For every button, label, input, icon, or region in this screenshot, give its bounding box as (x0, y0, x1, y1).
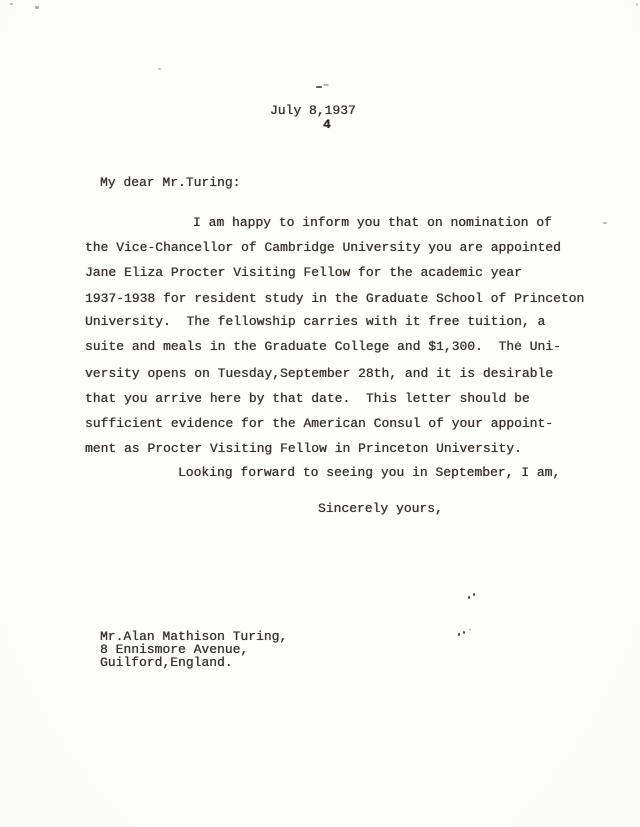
salutation: My dear Mr.Turing: (100, 176, 240, 189)
body-line: suite and meals in the Graduate College … (85, 340, 561, 353)
ink-speck (35, 6, 39, 9)
body-line: University. The fellowship carries with … (85, 315, 545, 328)
body-line: that you arrive here by that date. This … (85, 392, 530, 405)
signoff: Sincerely yours, (318, 502, 443, 515)
body-line: sufficient evidence for the American Con… (85, 417, 553, 430)
body-line: I am happy to inform you that on nominat… (193, 216, 552, 229)
ink-speck (10, 3, 13, 5)
ink-speck (517, 341, 519, 344)
page-number-annotation: 4 (323, 118, 331, 131)
ink-speck (603, 222, 607, 224)
ink-mark (458, 633, 460, 636)
body-line: ment as Procter Visiting Fellow in Princ… (85, 442, 522, 455)
ink-mark (468, 596, 470, 599)
ink-mark (316, 86, 322, 88)
scanned-letter-page: July 8,1937 4 My dear Mr.Turing: I am ha… (0, 0, 640, 827)
body-line: versity opens on Tuesday,September 28th,… (85, 367, 553, 380)
letter-date: July 8,1937 (270, 104, 356, 117)
ink-speck (158, 68, 161, 70)
body-line: 1937-1938 for resident study in the Grad… (85, 292, 584, 305)
body-line-closing: Looking forward to seeing you in Septemb… (178, 466, 560, 479)
body-line: Jane Eliza Procter Visiting Fellow for t… (85, 266, 522, 279)
ink-speck (636, 3, 638, 6)
recipient-address-line: Guilford,England. (100, 656, 233, 669)
body-line: the Vice-Chancellor of Cambridge Univers… (85, 241, 561, 254)
